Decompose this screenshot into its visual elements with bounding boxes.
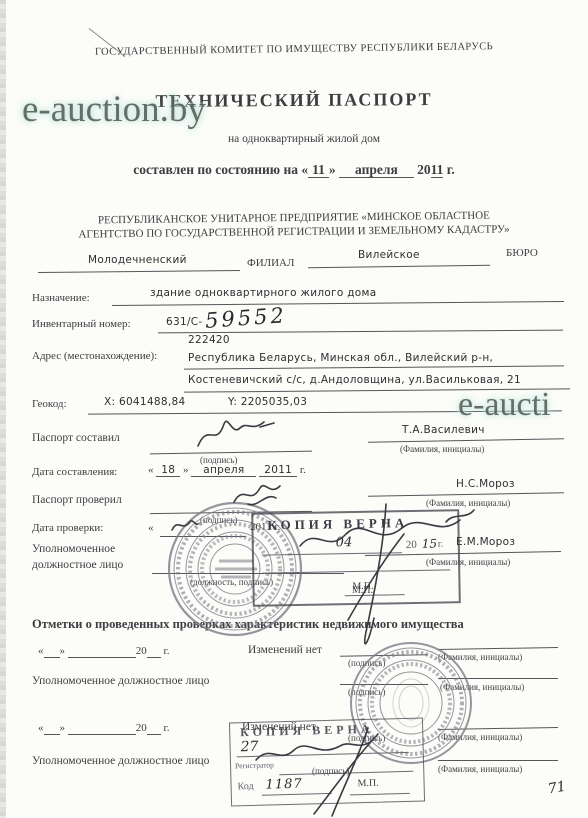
scan-edge-artifact [0,0,6,818]
compiled-suffix: г. [447,162,455,177]
compile-date-value: « 18 » апреля 2011 г. [148,464,306,476]
checked-by-label: Паспорт проверил [32,494,122,506]
name-caption: (Фамилия, инициалы) [400,444,484,454]
blank-month [68,645,136,658]
marks-date-blank-2: «» 20 г. [38,722,170,734]
compile-year: 2011 [259,464,297,477]
page-number-handwritten: 71 [547,779,567,798]
compiled-date-line: составлен по состоянию на «11» апреля 20… [0,162,588,178]
inventory-number-handwritten: 59552 [204,303,287,333]
check-day-handwriting [166,516,200,536]
quote-close: » [329,162,336,177]
official-label-line2: должностное лицо [32,559,123,571]
registrar-signature [248,726,418,818]
filial-value: Молодечненский [88,254,187,266]
address-line1: Республика Беларусь, Минская обл., Вилей… [188,352,493,364]
marks-date-blank-1: «» 20 г. [38,645,170,657]
watermark-e-auction: e-auction.by [22,88,206,131]
geocode-label: Геокод: [32,398,67,410]
quote-close: » [60,722,66,734]
compiled-by-name: Т.А.Василевич [402,424,485,436]
document-subtitle: на одноквартирный жилой дом [20,133,588,145]
quote-open: « [38,645,44,657]
compile-day: 18 [156,464,180,477]
compiled-year-last: 11 [431,162,444,178]
quote-open: « [148,464,154,476]
quote-open: « [148,522,154,534]
official-signature-large [286,500,486,675]
address-line2: Костеневичский с/с, д.Андоловщина, ул.Ва… [188,374,521,386]
agency-name: РЕСПУБЛИКАНСКОЕ УНИТАРНОЕ ПРЕДПРИЯТИЕ «М… [0,208,588,241]
address-label: Адрес (местонахождение): [32,350,157,362]
marks-official-label-1: Уполномоченное должностное лицо [32,675,209,687]
compile-month: апреля [191,464,256,477]
year-prefix: 20 [136,645,147,657]
checker-signature [230,478,294,510]
inventory-label: Инвентарный номер: [32,318,131,330]
compiled-by-label: Паспорт составил [32,432,120,444]
blank-day [44,722,60,735]
bureau-value: Вилейское [358,249,420,261]
underline [368,438,564,442]
quote-close: » [60,645,66,657]
year-suffix: г. [164,722,170,734]
blank-day [44,645,60,658]
quote-open: « [38,722,44,734]
geocode-x: X: 6041488,84 [104,396,185,408]
underline [308,265,490,269]
scanned-technical-passport-page: ГОСУДАРСТВЕННЫЙ КОМИТЕТ ПО ИМУЩЕСТВУ РЕС… [0,0,588,818]
address-postal: 222420 [188,334,230,346]
purpose-label: Назначение: [32,292,90,304]
year-suffix: г. [164,645,170,657]
underline [112,301,564,306]
marks-official-label-2: Уполномоченное должностное лицо [32,755,209,767]
compiled-day: 11 [308,162,329,178]
official-label-line1: Уполномоченное [32,543,115,555]
compiled-prefix: составлен по состоянию на [133,162,298,177]
compiled-year-first: 20 [417,162,431,177]
check-date-label: Дата проверки: [32,522,103,534]
year-prefix: 20 [136,722,147,734]
compiled-month: апреля [339,162,414,178]
underline [368,492,564,496]
blank-year [147,722,161,735]
checked-by-name: Н.С.Мороз [456,478,515,490]
bureau-label: БЮРО [506,247,538,259]
inventory-prefix: 631/С- [166,316,203,328]
compiler-signature [190,414,280,452]
compile-date-label: Дата составления: [32,466,117,478]
filial-label: ФИЛИАЛ [247,257,294,269]
year-suffix: г. [300,464,306,476]
underline [38,270,240,273]
watermark-e-auction-right: e-aucti [458,386,551,424]
geocode-y: Y: 2205035,03 [228,396,307,408]
quote-close: » [183,464,189,476]
purpose-value: здание одноквартирного жилого дома [150,287,376,299]
underline [184,365,564,369]
blank-year [147,645,161,658]
blank-month [68,722,136,735]
